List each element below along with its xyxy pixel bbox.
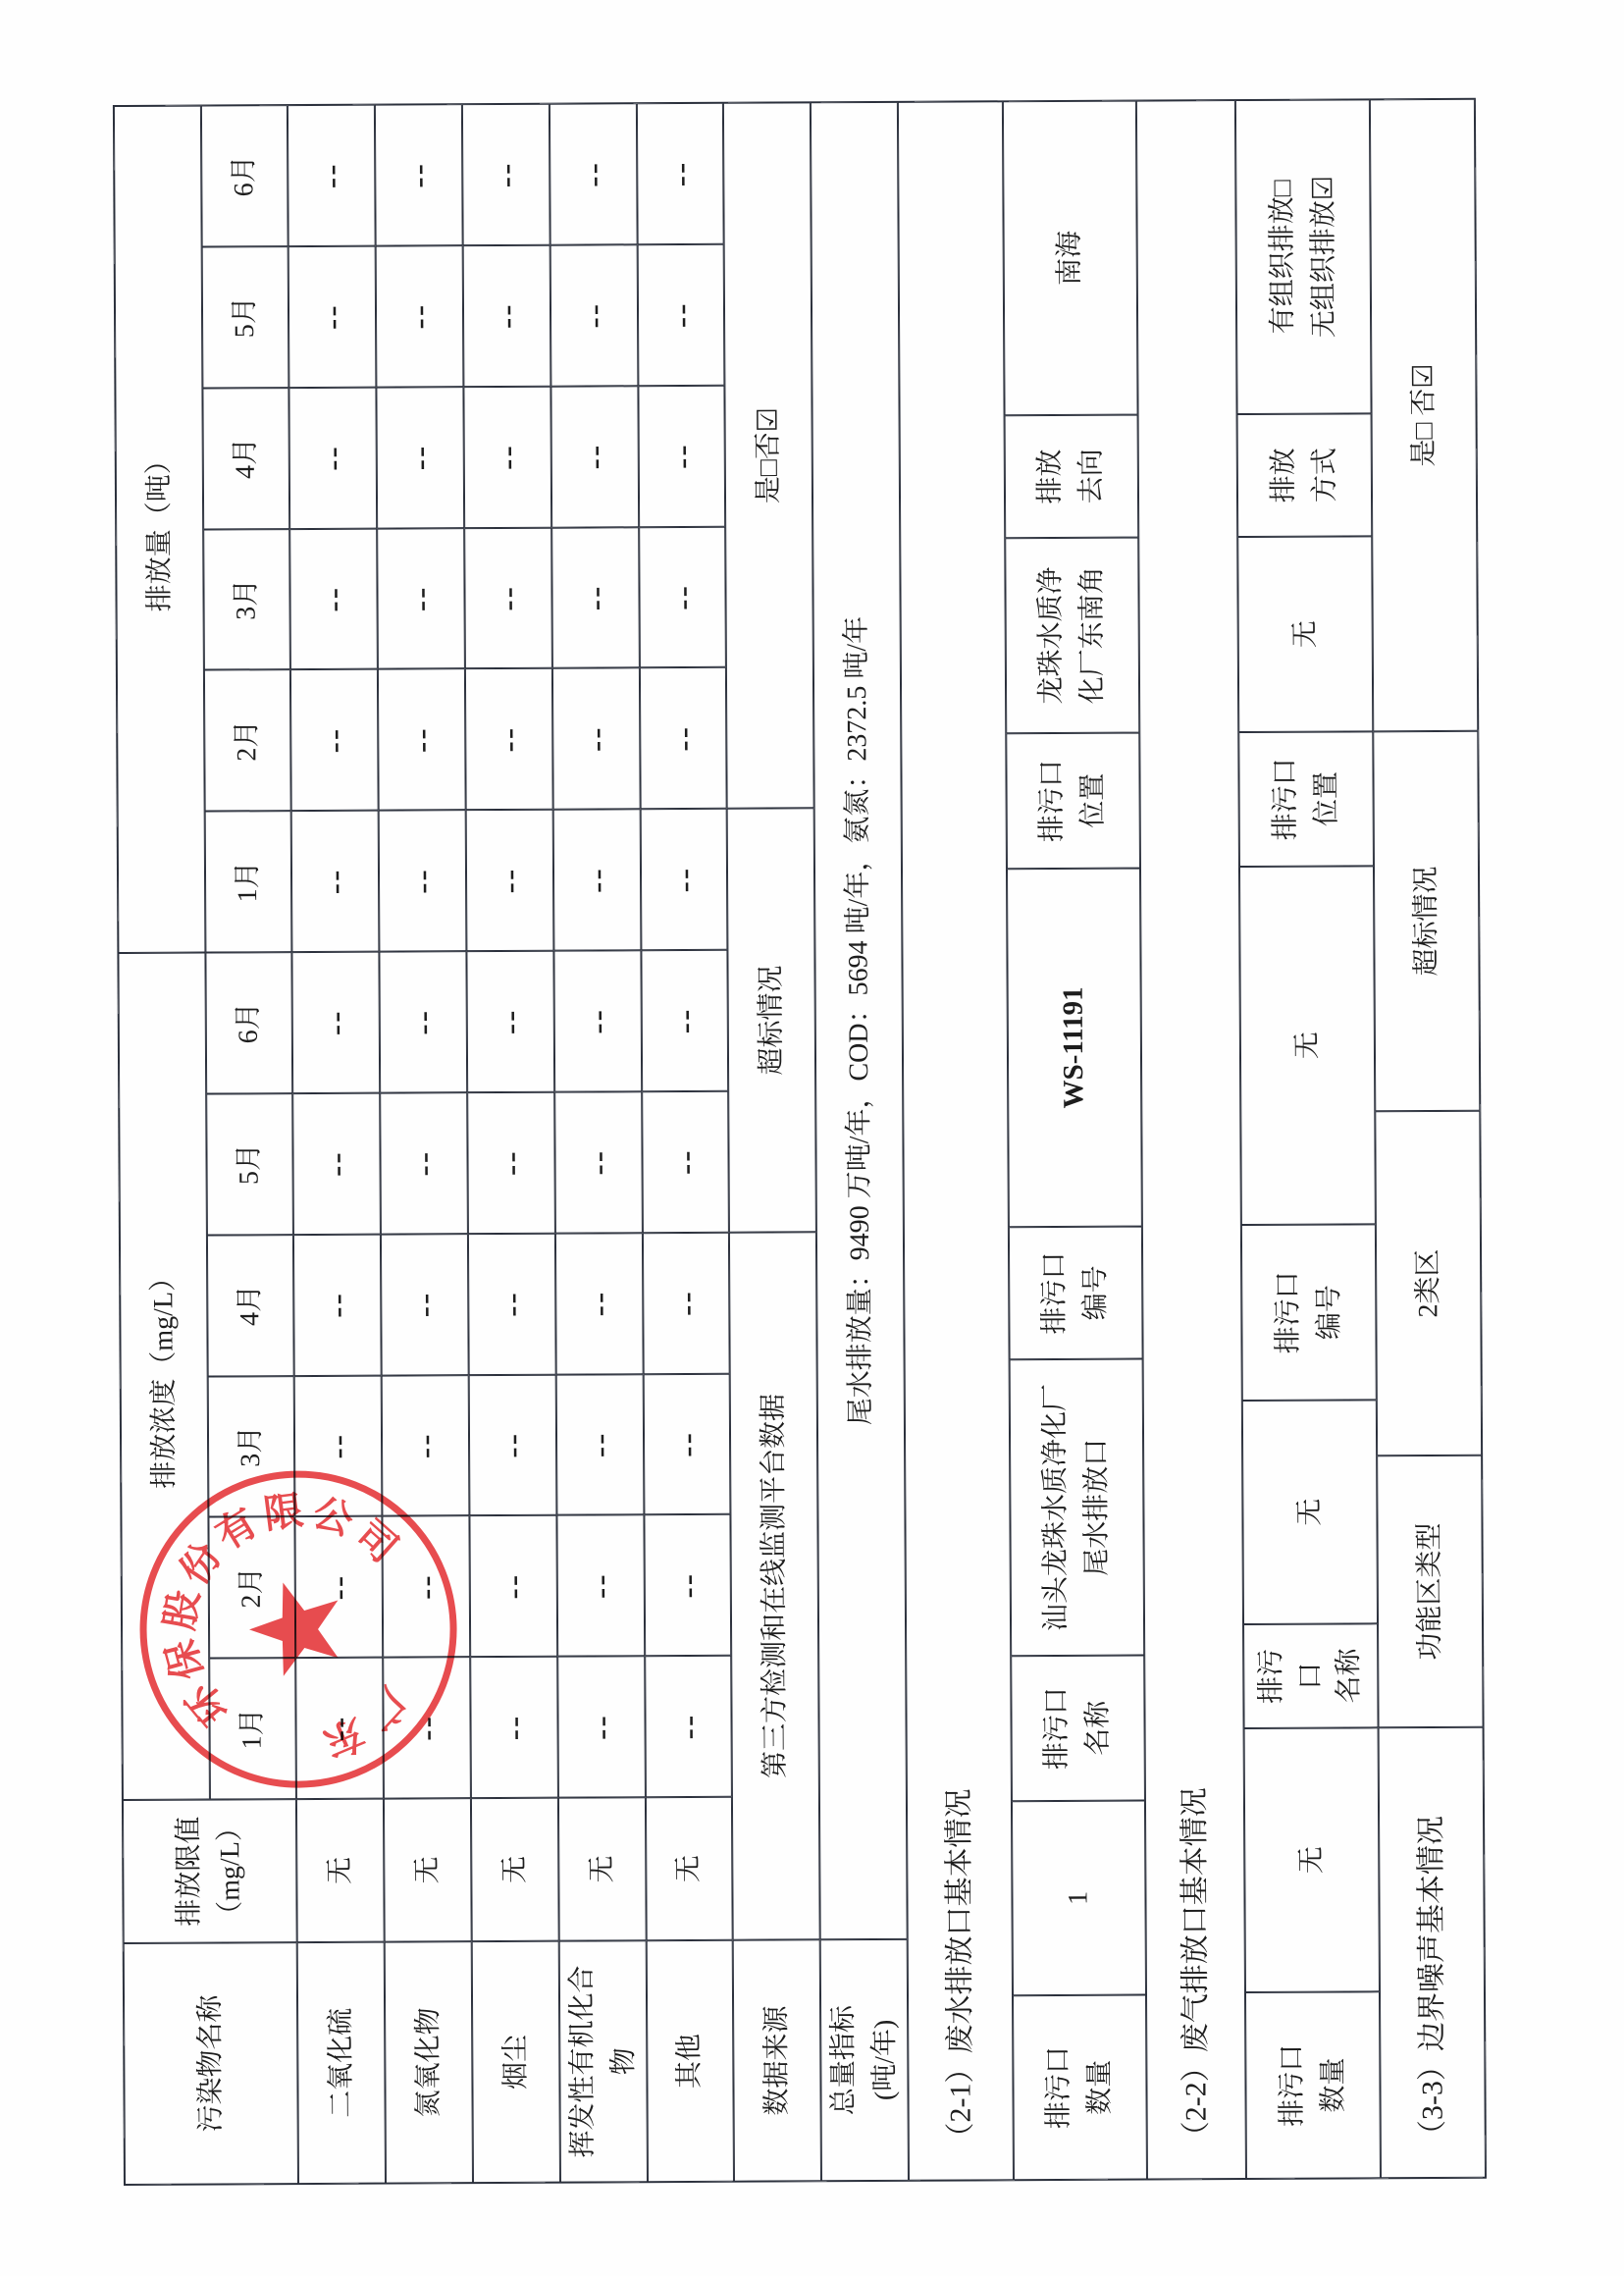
header-pollutant-name: 污染物名称 (124, 1942, 298, 2185)
amount-value: -- (462, 104, 550, 245)
amount-value: -- (463, 245, 551, 387)
total-quota-label: 总量指标 (吨/年) (820, 1939, 909, 2181)
outlet-id-label: 排污口 编号 (1241, 1224, 1377, 1401)
pollutant-name: 其他 (647, 1940, 734, 2182)
outlet-name-label: 排污 口 名称 (1243, 1623, 1379, 1728)
amount-value: -- (376, 245, 464, 387)
noise-row: （3-3）边界噪声基本情况 功能区类型 2类区 超标情况 是□ 否☑ (1370, 99, 1486, 2179)
zone-type-label: 功能区类型 (1377, 1456, 1483, 1728)
header-month: 6月 (201, 105, 288, 246)
exhaust-section-heading: （2-2）废气排放口基本情况 (1136, 100, 1246, 2179)
outlet-name-value: 汕头龙珠水质净化厂 尾水排放口 (1010, 1359, 1145, 1657)
pollutant-name: 氮氧化物 (385, 1941, 473, 2183)
concentration-value: -- (468, 1233, 556, 1374)
header-month: 3月 (203, 529, 290, 670)
amount-value: -- (466, 810, 554, 951)
amount-value: -- (550, 386, 639, 527)
outlet-count-label: 排污口 数量 (1013, 1995, 1147, 2181)
header-month: 5月 (206, 1093, 293, 1235)
amount-value: -- (464, 527, 552, 668)
amount-value: -- (552, 668, 641, 810)
noise-exceed-value: 是□ 否☑ (1370, 99, 1478, 732)
concentration-value: -- (642, 1091, 729, 1233)
outlet-name-value: 无 (1242, 1400, 1378, 1624)
amount-value: -- (551, 527, 640, 668)
amount-value: -- (550, 244, 639, 386)
header-month: 4月 (207, 1235, 294, 1376)
discharge-destination-value: 南海 (1003, 101, 1138, 416)
wastewater-outlet-row: 排污口 数量 1 排污口 名称 汕头龙珠水质净化厂 尾水排放口 排污口 编号 W… (1003, 101, 1147, 2181)
amount-value: -- (638, 244, 725, 386)
concentration-value: -- (644, 1514, 731, 1656)
amount-value: -- (376, 387, 464, 528)
header-month: 6月 (205, 952, 292, 1093)
discharge-mode-label: 排放 方式 (1237, 413, 1373, 537)
amount-value: -- (640, 667, 727, 809)
concentration-value: -- (382, 1375, 470, 1516)
section-title: （3-3）边界噪声基本情况 (1379, 1727, 1486, 2179)
header-month: 3月 (208, 1376, 295, 1517)
concentration-value: -- (294, 1375, 383, 1516)
emission-limit: 无 (296, 1799, 385, 1942)
concentration-value: -- (379, 951, 467, 1092)
concentration-value: -- (470, 1657, 558, 1798)
outlet-id-value: 无 (1239, 866, 1376, 1225)
outlet-name-label: 排污口 名称 (1011, 1656, 1145, 1802)
scanned-page: 污染物名称 排放限值 （mg/L） 排放浓度（mg/L） 排放量（吨） 1月 2… (0, 0, 1624, 2276)
pollutant-name: 挥发性有机化合物 (559, 1940, 648, 2182)
discharge-destination-label: 排放 去向 (1005, 415, 1139, 539)
concentration-value: -- (466, 951, 554, 1092)
pollutant-name: 烟尘 (472, 1941, 560, 2183)
amount-value: -- (637, 103, 724, 244)
concentration-value: -- (643, 1232, 730, 1373)
concentration-value: -- (295, 1658, 384, 1799)
noise-exceed-label: 超标情况 (1373, 731, 1480, 1112)
concentration-value: -- (380, 1092, 468, 1234)
amount-value: -- (289, 528, 378, 669)
concentration-value: -- (294, 1516, 383, 1658)
amount-value: -- (465, 668, 553, 810)
section-title: （2-2）废气排放口基本情况 (1136, 100, 1246, 2179)
header-concentration: 排放浓度（mg/L） (118, 953, 210, 1800)
outlet-id-value: WS-11191 (1007, 869, 1142, 1228)
amount-value: -- (553, 809, 642, 950)
outlet-count-label: 排污口 数量 (1245, 1991, 1381, 2179)
amount-value: -- (550, 103, 638, 244)
total-quota-value: 尾水排放量：9490 万吨/年，COD：5694 吨/年，氨氮：2372.5 吨… (811, 102, 908, 1939)
discharge-mode-value: 有组织排放□ 无组织排放☑ (1235, 99, 1372, 414)
concentration-value: -- (645, 1656, 732, 1797)
concentration-value: -- (553, 950, 642, 1091)
concentration-value: -- (383, 1657, 471, 1798)
concentration-value: -- (292, 1092, 381, 1234)
emission-limit: 无 (384, 1798, 472, 1941)
section-title: （2-1）废水排放口基本情况 (898, 101, 1014, 2181)
concentration-value: -- (381, 1234, 469, 1375)
wastewater-section-heading: （2-1）废水排放口基本情况 (898, 101, 1014, 2181)
concentration-value: -- (641, 950, 728, 1091)
amount-value: -- (288, 387, 377, 528)
exceed-label: 超标情况 (727, 809, 816, 1233)
exhaust-outlet-row: 排污口 数量 无 排污 口 名称 无 排污口 编号 无 排污口 位置 无 排放 … (1235, 99, 1381, 2179)
emissions-grid: 污染物名称 排放限值 （mg/L） 排放浓度（mg/L） 排放量（吨） 1月 2… (114, 102, 909, 2185)
amount-value: -- (288, 246, 377, 388)
amount-value: -- (379, 810, 467, 951)
concentration-value: -- (467, 1092, 555, 1234)
amount-value: -- (641, 809, 728, 950)
emission-limit: 无 (471, 1798, 559, 1941)
header-month: 4月 (202, 388, 289, 529)
concentration-value: -- (554, 1091, 643, 1233)
header-month: 1月 (205, 811, 292, 952)
amount-value: -- (378, 669, 466, 811)
pollution-report-table: 污染物名称 排放限值 （mg/L） 排放浓度（mg/L） 排放量（吨） 1月 2… (114, 99, 1486, 2185)
outlet-count-value: 无 (1244, 1727, 1380, 1992)
concentration-value: -- (291, 952, 380, 1093)
amount-value: -- (290, 669, 379, 811)
outlet-count-value: 1 (1012, 1801, 1146, 1996)
emission-limit: 无 (646, 1797, 733, 1940)
amount-value: -- (463, 386, 551, 527)
outlet-location-value: 龙珠水质净 化厂东南角 (1005, 538, 1139, 734)
exceed-value: 是□否☑ (723, 102, 814, 809)
concentration-value: -- (469, 1374, 557, 1515)
header-month: 2月 (204, 669, 291, 811)
emission-limit: 无 (558, 1797, 647, 1940)
data-source-value: 第三方检测和在线监测平台数据 (729, 1232, 820, 1940)
zone-type-value: 2类区 (1375, 1111, 1482, 1456)
concentration-value: -- (556, 1374, 645, 1515)
concentration-value: -- (555, 1233, 644, 1374)
outlet-location-label: 排污口 位置 (1238, 731, 1374, 867)
amount-value: -- (639, 526, 726, 667)
pollutant-name: 二氧化硫 (297, 1942, 386, 2184)
header-month: 5月 (202, 246, 289, 388)
header-month: 1月 (209, 1658, 296, 1799)
outlet-location-label: 排污口 位置 (1006, 733, 1140, 870)
concentration-value: -- (556, 1515, 645, 1657)
concentration-value: -- (557, 1656, 646, 1797)
amount-value: -- (638, 385, 725, 526)
data-source-label: 数据来源 (733, 1939, 821, 2181)
outlet-id-label: 排污口 编号 (1009, 1227, 1143, 1360)
header-amount: 排放量（吨） (114, 106, 206, 953)
concentration-value: -- (293, 1234, 382, 1375)
header-emission-limit: 排放限值 （mg/L） (123, 1799, 297, 1943)
amount-value: -- (375, 104, 463, 245)
concentration-value: -- (644, 1373, 731, 1514)
amount-value: -- (288, 105, 376, 246)
header-month: 2月 (208, 1516, 295, 1658)
amount-value: -- (377, 528, 465, 669)
amount-value: -- (291, 811, 380, 952)
concentration-value: -- (469, 1515, 557, 1657)
concentration-value: -- (382, 1515, 470, 1657)
outlet-location-value: 无 (1237, 536, 1373, 732)
